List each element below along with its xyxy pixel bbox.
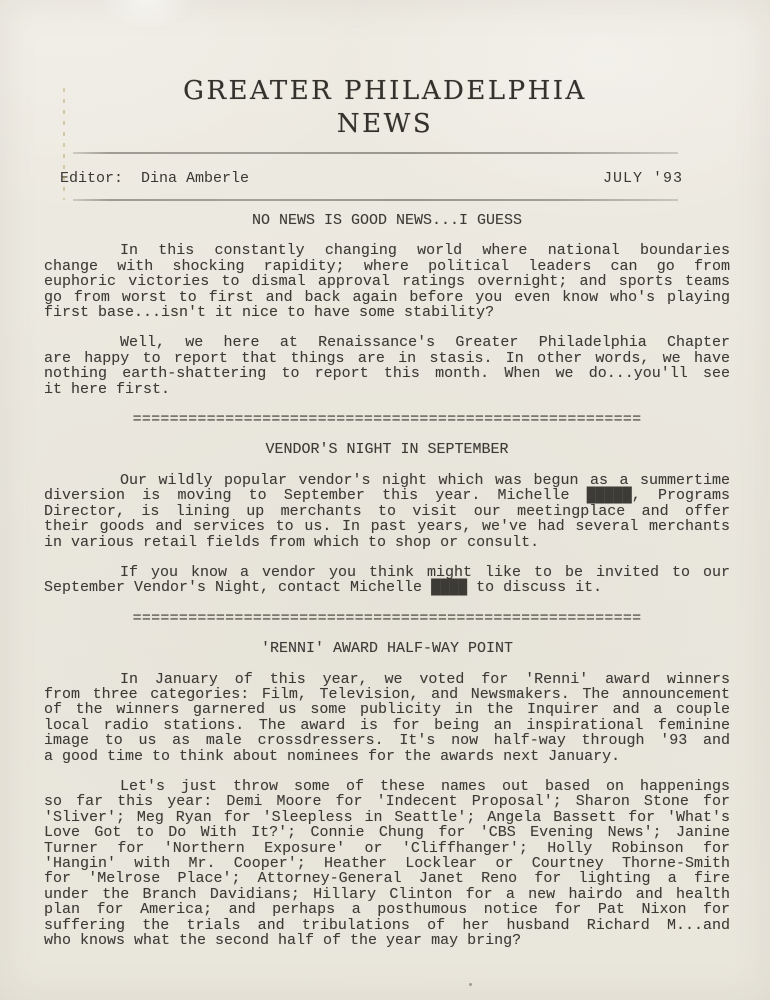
- paper-crease-mark: [100, 0, 195, 30]
- typed-line: so far this year: Demi Moore for 'Indece…: [44, 794, 730, 809]
- paragraph: In this constantly changing world where …: [44, 243, 730, 320]
- typed-line: Well, we here at Renaissance's Greater P…: [44, 335, 730, 350]
- typed-line: Let's just throw some of these names out…: [44, 779, 730, 794]
- newsletter-masthead: GREATER PHILADELPHIA NEWS: [0, 75, 770, 141]
- typed-line: in various retail fields from which to s…: [44, 535, 730, 550]
- typed-line: Our wildly popular vendor's night which …: [44, 473, 730, 488]
- masthead-line2: NEWS: [0, 108, 770, 141]
- section-separator: ========================================…: [44, 611, 730, 626]
- masthead-line1: GREATER PHILADELPHIA: [0, 75, 770, 108]
- typed-line: who knows what the second half of the ye…: [44, 933, 730, 948]
- newsletter-body: NO NEWS IS GOOD NEWS...I GUESSIn this co…: [0, 213, 770, 948]
- typed-line: Director, is lining up merchants to visi…: [44, 504, 730, 519]
- scanned-newsletter-page: GREATER PHILADELPHIA NEWS Editor: Dina A…: [0, 0, 770, 1000]
- typed-line: a good time to think about nominees for …: [44, 749, 730, 764]
- typed-line: change with shocking rapidity; where pol…: [44, 259, 730, 274]
- header-rule-bottom: [73, 199, 678, 201]
- typed-line: Love Got to Do With It?'; Connie Chung f…: [44, 825, 730, 840]
- issue-date: JULY '93: [603, 171, 683, 187]
- paragraph: If you know a vendor you think might lik…: [44, 565, 730, 596]
- typed-line: of the winners garnered us some publicit…: [44, 702, 730, 717]
- typed-line: their goods and services to us. In past …: [44, 519, 730, 534]
- typed-line: first base...isn't it nice to have some …: [44, 305, 730, 320]
- typed-line: it here first.: [44, 382, 730, 397]
- typed-line: 'Sliver'; Meg Ryan for 'Sleepless in Sea…: [44, 810, 730, 825]
- typed-line: September Vendor's Night, contact Michel…: [44, 580, 730, 595]
- editor-label: Editor: Dina Amberle: [60, 171, 249, 187]
- typed-line: are happy to report that things are in s…: [44, 351, 730, 366]
- typed-line: If you know a vendor you think might lik…: [44, 565, 730, 580]
- typed-line: local radio stations. The award is for b…: [44, 718, 730, 733]
- paragraph: In January of this year, we voted for 'R…: [44, 672, 730, 764]
- typed-line: from three categories: Film, Television,…: [44, 687, 730, 702]
- typed-line: In January of this year, we voted for 'R…: [44, 672, 730, 687]
- typed-line: image to us as male crossdressers. It's …: [44, 733, 730, 748]
- typed-line: suffering the trials and tribulations of…: [44, 918, 730, 933]
- typed-line: under the Branch Davidians; Hillary Clin…: [44, 887, 730, 902]
- typed-line: Turner for 'Northern Exposure' or 'Cliff…: [44, 841, 730, 856]
- typed-line: for 'Melrose Place'; Attorney-General Ja…: [44, 871, 730, 886]
- scan-speck: [469, 983, 472, 986]
- typed-line: diversion is moving to September this ye…: [44, 488, 730, 503]
- header-rule-top: [73, 152, 678, 154]
- typed-line: go from worst to first and back again be…: [44, 290, 730, 305]
- stain-mark: [63, 88, 65, 200]
- typed-line: In this constantly changing world where …: [44, 243, 730, 258]
- typed-line: 'Hangin' with Mr. Cooper'; Heather Lockl…: [44, 856, 730, 871]
- paragraph: Our wildly popular vendor's night which …: [44, 473, 730, 550]
- typed-line: euphoric victories to dismal approval ra…: [44, 274, 730, 289]
- paragraph: Let's just throw some of these names out…: [44, 779, 730, 948]
- section-separator: ========================================…: [44, 412, 730, 427]
- paragraph: Well, we here at Renaissance's Greater P…: [44, 335, 730, 397]
- section-heading: 'RENNI' AWARD HALF-WAY POINT: [44, 641, 730, 656]
- typed-line: nothing earth-shattering to report this …: [44, 366, 730, 381]
- typed-line: plan for America; and perhaps a posthumo…: [44, 902, 730, 917]
- section-heading: NO NEWS IS GOOD NEWS...I GUESS: [44, 213, 730, 228]
- editor-row: Editor: Dina Amberle JULY '93: [0, 171, 770, 187]
- section-heading: VENDOR'S NIGHT IN SEPTEMBER: [44, 442, 730, 457]
